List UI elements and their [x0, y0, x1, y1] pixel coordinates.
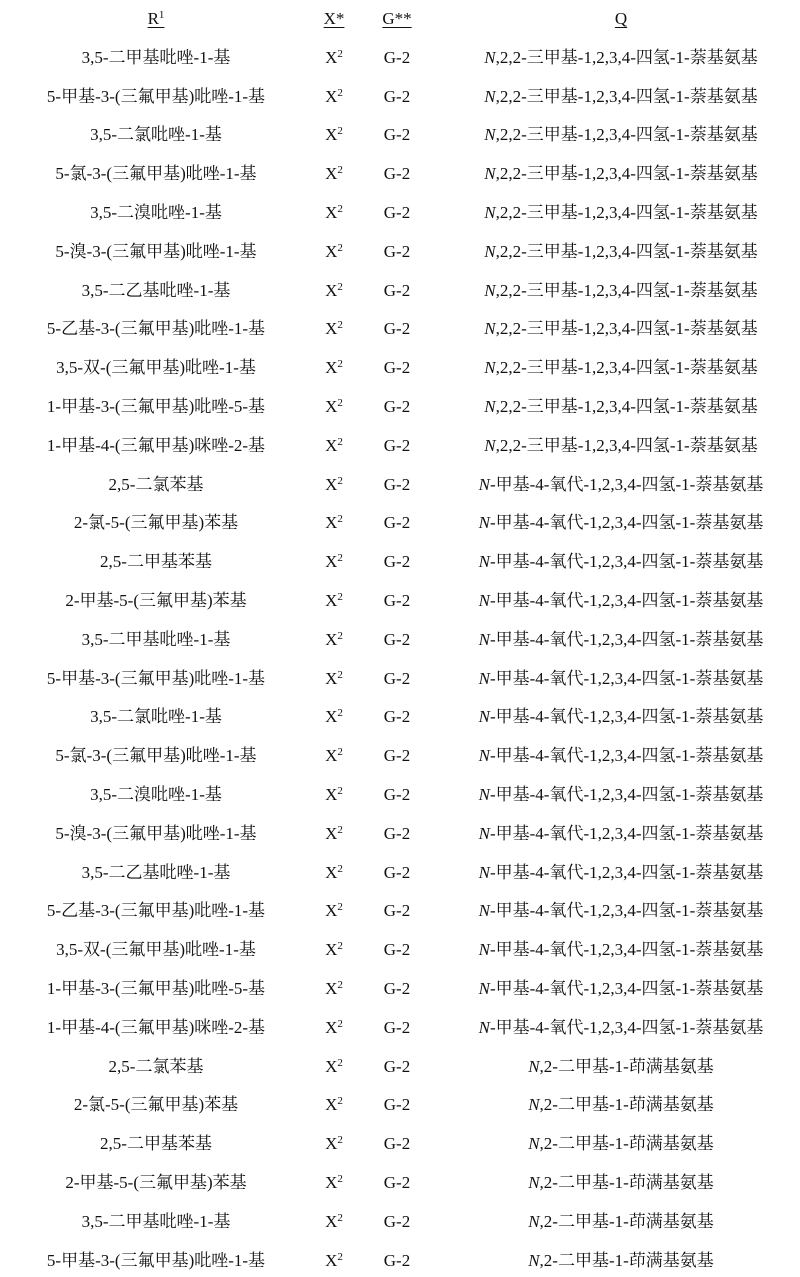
table-row: 3,5-双-(三氟甲基)吡唑-1-基X2G-2N,2,2-三甲基-1,2,3,4…	[0, 349, 800, 388]
cell-q-text: -甲基-4-氧代-1,2,3,4-四氢-1-萘基氨基	[490, 746, 763, 765]
table-row: 5-溴-3-(三氟甲基)吡唑-1-基X2G-2N-甲基-4-氧代-1,2,3,4…	[0, 815, 800, 854]
table-row: 5-甲基-3-(三氟甲基)吡唑-1-基X2G-2N-甲基-4-氧代-1,2,3,…	[0, 660, 800, 699]
table-row: 5-乙基-3-(三氟甲基)吡唑-1-基X2G-2N-甲基-4-氧代-1,2,3,…	[0, 892, 800, 931]
cell-x-superscript: 2	[337, 125, 343, 137]
cell-q-text: ,2,2-三甲基-1,2,3,4-四氢-1-萘基氨基	[496, 397, 758, 416]
cell-q-text: -甲基-4-氧代-1,2,3,4-四氢-1-萘基氨基	[490, 513, 763, 532]
header-r1: R1	[0, 0, 312, 39]
cell-q: N-甲基-4-氧代-1,2,3,4-四氢-1-萘基氨基	[440, 1009, 800, 1048]
cell-x-superscript: 2	[337, 281, 343, 293]
cell-q-text: ,2-二甲基-1-茚满基氨基	[540, 1095, 714, 1114]
cell-r1: 2-甲基-5-(三氟甲基)苯基	[0, 1164, 312, 1203]
cell-g: G-2	[362, 272, 432, 311]
cell-r1: 3,5-二氯吡唑-1-基	[0, 698, 312, 737]
cell-x: X2	[300, 1048, 368, 1087]
cell-x: X2	[300, 155, 368, 194]
cell-q: N,2-二甲基-1-茚满基氨基	[440, 1203, 800, 1242]
cell-q-italic-prefix: N	[484, 164, 495, 183]
cell-q: N,2,2-三甲基-1,2,3,4-四氢-1-萘基氨基	[440, 388, 800, 427]
cell-q: N-甲基-4-氧代-1,2,3,4-四氢-1-萘基氨基	[440, 698, 800, 737]
cell-q: N-甲基-4-氧代-1,2,3,4-四氢-1-萘基氨基	[440, 466, 800, 505]
cell-q-italic-prefix: N	[528, 1251, 539, 1270]
cell-g: G-2	[362, 970, 432, 1009]
cell-r1: 5-溴-3-(三氟甲基)吡唑-1-基	[0, 233, 312, 272]
cell-q-text: -甲基-4-氧代-1,2,3,4-四氢-1-萘基氨基	[490, 824, 763, 843]
cell-x: X2	[300, 310, 368, 349]
cell-g: G-2	[362, 194, 432, 233]
compound-table: R1 X* G** Q 3,5-二甲基吡唑-1-基X2G-2N,2,2-三甲基-…	[0, 0, 800, 1277]
cell-q-text: -甲基-4-氧代-1,2,3,4-四氢-1-萘基氨基	[490, 1018, 763, 1037]
cell-q-italic-prefix: N	[528, 1173, 539, 1192]
cell-r1: 5-甲基-3-(三氟甲基)吡唑-1-基	[0, 78, 312, 117]
table-row: 5-氯-3-(三氟甲基)吡唑-1-基X2G-2N,2,2-三甲基-1,2,3,4…	[0, 155, 800, 194]
table-row: 5-乙基-3-(三氟甲基)吡唑-1-基X2G-2N,2,2-三甲基-1,2,3,…	[0, 310, 800, 349]
cell-q: N,2-二甲基-1-茚满基氨基	[440, 1164, 800, 1203]
cell-q-italic-prefix: N	[484, 203, 495, 222]
cell-r1: 5-甲基-3-(三氟甲基)吡唑-1-基	[0, 660, 312, 699]
cell-q-text: ,2,2-三甲基-1,2,3,4-四氢-1-萘基氨基	[496, 125, 758, 144]
cell-r1: 1-甲基-4-(三氟甲基)咪唑-2-基	[0, 427, 312, 466]
cell-x-superscript: 2	[337, 1173, 343, 1185]
cell-g: G-2	[362, 931, 432, 970]
cell-g: G-2	[362, 776, 432, 815]
cell-q-italic-prefix: N	[479, 630, 490, 649]
cell-q: N,2,2-三甲基-1,2,3,4-四氢-1-萘基氨基	[440, 155, 800, 194]
cell-g: G-2	[362, 1164, 432, 1203]
cell-g: G-2	[362, 310, 432, 349]
cell-q-italic-prefix: N	[479, 746, 490, 765]
cell-x: X2	[300, 466, 368, 505]
cell-q-text: -甲基-4-氧代-1,2,3,4-四氢-1-萘基氨基	[490, 785, 763, 804]
cell-q: N-甲基-4-氧代-1,2,3,4-四氢-1-萘基氨基	[440, 582, 800, 621]
cell-q-text: ,2,2-三甲基-1,2,3,4-四氢-1-萘基氨基	[496, 242, 758, 261]
cell-q-italic-prefix: N	[479, 940, 490, 959]
cell-q-text: ,2,2-三甲基-1,2,3,4-四氢-1-萘基氨基	[496, 164, 758, 183]
cell-g: G-2	[362, 892, 432, 931]
cell-x-superscript: 2	[337, 513, 343, 525]
cell-r1: 2-氯-5-(三氟甲基)苯基	[0, 504, 312, 543]
cell-x-base: X	[325, 746, 337, 765]
cell-x: X2	[300, 504, 368, 543]
table-row: 5-氯-3-(三氟甲基)吡唑-1-基X2G-2N-甲基-4-氧代-1,2,3,4…	[0, 737, 800, 776]
cell-x: X2	[300, 1242, 368, 1277]
cell-q: N,2-二甲基-1-茚满基氨基	[440, 1125, 800, 1164]
cell-q-italic-prefix: N	[479, 707, 490, 726]
cell-x: X2	[300, 39, 368, 78]
cell-q-italic-prefix: N	[479, 475, 490, 494]
cell-g: G-2	[362, 78, 432, 117]
cell-r1: 2-甲基-5-(三氟甲基)苯基	[0, 582, 312, 621]
table-row: 2,5-二甲基苯基X2G-2N-甲基-4-氧代-1,2,3,4-四氢-1-萘基氨…	[0, 543, 800, 582]
cell-q-text: -甲基-4-氧代-1,2,3,4-四氢-1-萘基氨基	[490, 475, 763, 494]
header-g: G**	[362, 0, 432, 39]
cell-q: N,2-二甲基-1-茚满基氨基	[440, 1086, 800, 1125]
cell-q: N,2,2-三甲基-1,2,3,4-四氢-1-萘基氨基	[440, 427, 800, 466]
cell-q-italic-prefix: N	[479, 901, 490, 920]
table-row: 1-甲基-4-(三氟甲基)咪唑-2-基X2G-2N-甲基-4-氧代-1,2,3,…	[0, 1009, 800, 1048]
cell-r1: 2-氯-5-(三氟甲基)苯基	[0, 1086, 312, 1125]
table-row: 2,5-二氯苯基X2G-2N-甲基-4-氧代-1,2,3,4-四氢-1-萘基氨基	[0, 466, 800, 505]
cell-q: N-甲基-4-氧代-1,2,3,4-四氢-1-萘基氨基	[440, 621, 800, 660]
cell-g: G-2	[362, 427, 432, 466]
cell-g: G-2	[362, 155, 432, 194]
cell-x-superscript: 2	[337, 1212, 343, 1224]
cell-x-superscript: 2	[337, 242, 343, 254]
cell-q-italic-prefix: N	[479, 552, 490, 571]
cell-x-superscript: 2	[337, 358, 343, 370]
cell-x-superscript: 2	[337, 901, 343, 913]
cell-q-italic-prefix: N	[484, 319, 495, 338]
cell-x: X2	[300, 660, 368, 699]
cell-q-text: -甲基-4-氧代-1,2,3,4-四氢-1-萘基氨基	[490, 863, 763, 882]
cell-x-base: X	[325, 1212, 337, 1231]
cell-x-base: X	[325, 358, 337, 377]
table-row: 3,5-二溴吡唑-1-基X2G-2N-甲基-4-氧代-1,2,3,4-四氢-1-…	[0, 776, 800, 815]
cell-g: G-2	[362, 466, 432, 505]
cell-x-superscript: 2	[337, 979, 343, 991]
cell-q-italic-prefix: N	[484, 436, 495, 455]
cell-x-base: X	[325, 785, 337, 804]
cell-x: X2	[300, 388, 368, 427]
cell-x: X2	[300, 621, 368, 660]
cell-x: X2	[300, 1009, 368, 1048]
cell-r1: 5-乙基-3-(三氟甲基)吡唑-1-基	[0, 892, 312, 931]
cell-q-italic-prefix: N	[479, 979, 490, 998]
cell-x-superscript: 2	[337, 319, 343, 331]
cell-g: G-2	[362, 1086, 432, 1125]
header-x: X*	[300, 0, 368, 39]
table-row: 5-甲基-3-(三氟甲基)吡唑-1-基X2G-2N,2,2-三甲基-1,2,3,…	[0, 78, 800, 117]
cell-g: G-2	[362, 660, 432, 699]
cell-r1: 3,5-二乙基吡唑-1-基	[0, 854, 312, 893]
cell-r1: 3,5-双-(三氟甲基)吡唑-1-基	[0, 349, 312, 388]
cell-g: G-2	[362, 1125, 432, 1164]
cell-r1: 2,5-二氯苯基	[0, 466, 312, 505]
cell-q: N-甲基-4-氧代-1,2,3,4-四氢-1-萘基氨基	[440, 504, 800, 543]
cell-q-italic-prefix: N	[528, 1057, 539, 1076]
cell-x-superscript: 2	[337, 591, 343, 603]
cell-x-superscript: 2	[337, 863, 343, 875]
cell-q: N,2-二甲基-1-茚满基氨基	[440, 1048, 800, 1087]
cell-x: X2	[300, 1125, 368, 1164]
cell-g: G-2	[362, 1203, 432, 1242]
cell-r1: 5-氯-3-(三氟甲基)吡唑-1-基	[0, 155, 312, 194]
cell-q: N-甲基-4-氧代-1,2,3,4-四氢-1-萘基氨基	[440, 660, 800, 699]
cell-q: N,2,2-三甲基-1,2,3,4-四氢-1-萘基氨基	[440, 310, 800, 349]
cell-x: X2	[300, 116, 368, 155]
cell-q: N-甲基-4-氧代-1,2,3,4-四氢-1-萘基氨基	[440, 854, 800, 893]
cell-x: X2	[300, 543, 368, 582]
cell-q: N,2,2-三甲基-1,2,3,4-四氢-1-萘基氨基	[440, 116, 800, 155]
cell-q-text: -甲基-4-氧代-1,2,3,4-四氢-1-萘基氨基	[490, 552, 763, 571]
cell-x-superscript: 2	[337, 669, 343, 681]
cell-q: N,2,2-三甲基-1,2,3,4-四氢-1-萘基氨基	[440, 272, 800, 311]
header-r1-superscript: 1	[159, 9, 165, 21]
cell-g: G-2	[362, 233, 432, 272]
table-row: 3,5-二氯吡唑-1-基X2G-2N,2,2-三甲基-1,2,3,4-四氢-1-…	[0, 116, 800, 155]
cell-g: G-2	[362, 1048, 432, 1087]
cell-x-base: X	[325, 164, 337, 183]
cell-x-base: X	[325, 824, 337, 843]
cell-x-base: X	[325, 1173, 337, 1192]
cell-q-italic-prefix: N	[528, 1212, 539, 1231]
cell-g: G-2	[362, 698, 432, 737]
cell-r1: 3,5-二甲基吡唑-1-基	[0, 1203, 312, 1242]
cell-x-superscript: 2	[337, 48, 343, 60]
cell-q-italic-prefix: N	[484, 281, 495, 300]
cell-x-superscript: 2	[337, 707, 343, 719]
cell-r1: 5-溴-3-(三氟甲基)吡唑-1-基	[0, 815, 312, 854]
cell-q: N-甲基-4-氧代-1,2,3,4-四氢-1-萘基氨基	[440, 815, 800, 854]
cell-x-base: X	[325, 319, 337, 338]
cell-q-italic-prefix: N	[479, 785, 490, 804]
cell-x-superscript: 2	[337, 475, 343, 487]
table-row: 3,5-双-(三氟甲基)吡唑-1-基X2G-2N-甲基-4-氧代-1,2,3,4…	[0, 931, 800, 970]
cell-q-text: ,2,2-三甲基-1,2,3,4-四氢-1-萘基氨基	[496, 87, 758, 106]
cell-q: N,2,2-三甲基-1,2,3,4-四氢-1-萘基氨基	[440, 78, 800, 117]
cell-x-superscript: 2	[337, 940, 343, 952]
table-row: 2,5-二氯苯基X2G-2N,2-二甲基-1-茚满基氨基	[0, 1048, 800, 1087]
cell-x-base: X	[325, 979, 337, 998]
cell-g: G-2	[362, 737, 432, 776]
cell-r1: 1-甲基-3-(三氟甲基)吡唑-5-基	[0, 388, 312, 427]
table-row: 2,5-二甲基苯基X2G-2N,2-二甲基-1-茚满基氨基	[0, 1125, 800, 1164]
cell-q-italic-prefix: N	[484, 87, 495, 106]
cell-x-base: X	[325, 591, 337, 610]
table-row: 1-甲基-3-(三氟甲基)吡唑-5-基X2G-2N-甲基-4-氧代-1,2,3,…	[0, 970, 800, 1009]
cell-q: N,2-二甲基-1-茚满基氨基	[440, 1242, 800, 1277]
table-row: 2-甲基-5-(三氟甲基)苯基X2G-2N-甲基-4-氧代-1,2,3,4-四氢…	[0, 582, 800, 621]
cell-g: G-2	[362, 504, 432, 543]
cell-x: X2	[300, 427, 368, 466]
cell-x-superscript: 2	[337, 1134, 343, 1146]
cell-r1: 5-甲基-3-(三氟甲基)吡唑-1-基	[0, 1242, 312, 1277]
cell-x: X2	[300, 582, 368, 621]
table-row: 5-溴-3-(三氟甲基)吡唑-1-基X2G-2N,2,2-三甲基-1,2,3,4…	[0, 233, 800, 272]
cell-g: G-2	[362, 1242, 432, 1277]
table-row: 1-甲基-4-(三氟甲基)咪唑-2-基X2G-2N,2,2-三甲基-1,2,3,…	[0, 427, 800, 466]
cell-x-base: X	[325, 397, 337, 416]
cell-q: N,2,2-三甲基-1,2,3,4-四氢-1-萘基氨基	[440, 39, 800, 78]
cell-x-base: X	[325, 1057, 337, 1076]
cell-g: G-2	[362, 388, 432, 427]
cell-x-base: X	[325, 1251, 337, 1270]
table-row: 3,5-二乙基吡唑-1-基X2G-2N,2,2-三甲基-1,2,3,4-四氢-1…	[0, 272, 800, 311]
cell-x: X2	[300, 1164, 368, 1203]
cell-x: X2	[300, 233, 368, 272]
cell-x-base: X	[325, 436, 337, 455]
cell-r1: 1-甲基-4-(三氟甲基)咪唑-2-基	[0, 1009, 312, 1048]
table-row: 3,5-二氯吡唑-1-基X2G-2N-甲基-4-氧代-1,2,3,4-四氢-1-…	[0, 698, 800, 737]
table-row: 2-氯-5-(三氟甲基)苯基X2G-2N,2-二甲基-1-茚满基氨基	[0, 1086, 800, 1125]
cell-x: X2	[300, 1203, 368, 1242]
cell-x-base: X	[325, 707, 337, 726]
cell-x: X2	[300, 815, 368, 854]
cell-q-italic-prefix: N	[484, 242, 495, 261]
cell-x-base: X	[325, 281, 337, 300]
cell-x: X2	[300, 931, 368, 970]
cell-q-italic-prefix: N	[479, 863, 490, 882]
cell-x: X2	[300, 970, 368, 1009]
cell-q-italic-prefix: N	[479, 513, 490, 532]
cell-q-text: ,2,2-三甲基-1,2,3,4-四氢-1-萘基氨基	[496, 319, 758, 338]
cell-q-text: -甲基-4-氧代-1,2,3,4-四氢-1-萘基氨基	[490, 979, 763, 998]
cell-q-italic-prefix: N	[479, 669, 490, 688]
table-row: 3,5-二甲基吡唑-1-基X2G-2N,2,2-三甲基-1,2,3,4-四氢-1…	[0, 39, 800, 78]
cell-q-italic-prefix: N	[528, 1095, 539, 1114]
cell-q-text: ,2,2-三甲基-1,2,3,4-四氢-1-萘基氨基	[496, 281, 758, 300]
cell-x-superscript: 2	[337, 1018, 343, 1030]
cell-x-base: X	[325, 475, 337, 494]
table-row: 3,5-二甲基吡唑-1-基X2G-2N-甲基-4-氧代-1,2,3,4-四氢-1…	[0, 621, 800, 660]
cell-q-text: -甲基-4-氧代-1,2,3,4-四氢-1-萘基氨基	[490, 707, 763, 726]
cell-g: G-2	[362, 116, 432, 155]
cell-r1: 5-氯-3-(三氟甲基)吡唑-1-基	[0, 737, 312, 776]
cell-g: G-2	[362, 39, 432, 78]
cell-q: N-甲基-4-氧代-1,2,3,4-四氢-1-萘基氨基	[440, 776, 800, 815]
cell-x-superscript: 2	[337, 397, 343, 409]
cell-x-base: X	[325, 203, 337, 222]
cell-r1: 3,5-二溴吡唑-1-基	[0, 776, 312, 815]
cell-q-text: ,2-二甲基-1-茚满基氨基	[540, 1212, 714, 1231]
cell-q-text: ,2,2-三甲基-1,2,3,4-四氢-1-萘基氨基	[496, 358, 758, 377]
cell-x-base: X	[325, 1095, 337, 1114]
cell-x-base: X	[325, 125, 337, 144]
table-row: 5-甲基-3-(三氟甲基)吡唑-1-基X2G-2N,2-二甲基-1-茚满基氨基	[0, 1242, 800, 1277]
cell-x-base: X	[325, 669, 337, 688]
cell-r1: 3,5-二甲基吡唑-1-基	[0, 621, 312, 660]
cell-q: N,2,2-三甲基-1,2,3,4-四氢-1-萘基氨基	[440, 194, 800, 233]
cell-q-italic-prefix: N	[479, 1018, 490, 1037]
cell-x: X2	[300, 737, 368, 776]
cell-r1: 2,5-二甲基苯基	[0, 1125, 312, 1164]
cell-q-text: ,2,2-三甲基-1,2,3,4-四氢-1-萘基氨基	[496, 203, 758, 222]
table-body: 3,5-二甲基吡唑-1-基X2G-2N,2,2-三甲基-1,2,3,4-四氢-1…	[0, 39, 800, 1277]
cell-r1: 3,5-二氯吡唑-1-基	[0, 116, 312, 155]
cell-g: G-2	[362, 582, 432, 621]
cell-x-superscript: 2	[337, 824, 343, 836]
cell-x-base: X	[325, 552, 337, 571]
cell-q-italic-prefix: N	[484, 48, 495, 67]
cell-r1: 3,5-二溴吡唑-1-基	[0, 194, 312, 233]
cell-g: G-2	[362, 349, 432, 388]
table-row: 2-甲基-5-(三氟甲基)苯基X2G-2N,2-二甲基-1-茚满基氨基	[0, 1164, 800, 1203]
cell-q-italic-prefix: N	[479, 824, 490, 843]
cell-q: N,2,2-三甲基-1,2,3,4-四氢-1-萘基氨基	[440, 349, 800, 388]
cell-q-text: -甲基-4-氧代-1,2,3,4-四氢-1-萘基氨基	[490, 901, 763, 920]
table-row: 3,5-二溴吡唑-1-基X2G-2N,2,2-三甲基-1,2,3,4-四氢-1-…	[0, 194, 800, 233]
cell-q-text: ,2-二甲基-1-茚满基氨基	[540, 1251, 714, 1270]
header-q: Q	[440, 0, 800, 39]
cell-r1: 3,5-双-(三氟甲基)吡唑-1-基	[0, 931, 312, 970]
table-row: 1-甲基-3-(三氟甲基)吡唑-5-基X2G-2N,2,2-三甲基-1,2,3,…	[0, 388, 800, 427]
cell-q-text: -甲基-4-氧代-1,2,3,4-四氢-1-萘基氨基	[490, 669, 763, 688]
cell-r1: 5-乙基-3-(三氟甲基)吡唑-1-基	[0, 310, 312, 349]
cell-g: G-2	[362, 621, 432, 660]
cell-x-base: X	[325, 87, 337, 106]
cell-q-text: -甲基-4-氧代-1,2,3,4-四氢-1-萘基氨基	[490, 591, 763, 610]
cell-r1: 2,5-二甲基苯基	[0, 543, 312, 582]
cell-q-text: ,2,2-三甲基-1,2,3,4-四氢-1-萘基氨基	[496, 436, 758, 455]
cell-r1: 3,5-二乙基吡唑-1-基	[0, 272, 312, 311]
cell-x: X2	[300, 349, 368, 388]
cell-q-italic-prefix: N	[484, 125, 495, 144]
cell-x-superscript: 2	[337, 552, 343, 564]
cell-x-superscript: 2	[337, 746, 343, 758]
header-r1-label: R	[148, 9, 159, 28]
cell-x: X2	[300, 78, 368, 117]
cell-x-superscript: 2	[337, 203, 343, 215]
cell-x: X2	[300, 698, 368, 737]
cell-g: G-2	[362, 543, 432, 582]
cell-q-text: ,2-二甲基-1-茚满基氨基	[540, 1173, 714, 1192]
cell-x-base: X	[325, 513, 337, 532]
cell-x-superscript: 2	[337, 1095, 343, 1107]
cell-x-superscript: 2	[337, 436, 343, 448]
cell-q-italic-prefix: N	[528, 1134, 539, 1153]
cell-x-base: X	[325, 1134, 337, 1153]
table-header-row: R1 X* G** Q	[0, 0, 800, 39]
cell-x: X2	[300, 194, 368, 233]
cell-q: N-甲基-4-氧代-1,2,3,4-四氢-1-萘基氨基	[440, 737, 800, 776]
cell-x: X2	[300, 776, 368, 815]
table-row: 2-氯-5-(三氟甲基)苯基X2G-2N-甲基-4-氧代-1,2,3,4-四氢-…	[0, 504, 800, 543]
table-row: 3,5-二甲基吡唑-1-基X2G-2N,2-二甲基-1-茚满基氨基	[0, 1203, 800, 1242]
cell-r1: 3,5-二甲基吡唑-1-基	[0, 39, 312, 78]
cell-x-base: X	[325, 901, 337, 920]
cell-q-text: ,2-二甲基-1-茚满基氨基	[540, 1134, 714, 1153]
cell-x: X2	[300, 892, 368, 931]
cell-x: X2	[300, 272, 368, 311]
cell-x-base: X	[325, 48, 337, 67]
cell-q-text: ,2,2-三甲基-1,2,3,4-四氢-1-萘基氨基	[496, 48, 758, 67]
cell-x-base: X	[325, 630, 337, 649]
cell-r1: 2,5-二氯苯基	[0, 1048, 312, 1087]
cell-q: N-甲基-4-氧代-1,2,3,4-四氢-1-萘基氨基	[440, 970, 800, 1009]
cell-x: X2	[300, 1086, 368, 1125]
cell-g: G-2	[362, 854, 432, 893]
cell-q: N,2,2-三甲基-1,2,3,4-四氢-1-萘基氨基	[440, 233, 800, 272]
cell-x: X2	[300, 854, 368, 893]
cell-g: G-2	[362, 815, 432, 854]
cell-x-superscript: 2	[337, 164, 343, 176]
cell-q-text: -甲基-4-氧代-1,2,3,4-四氢-1-萘基氨基	[490, 630, 763, 649]
cell-r1: 1-甲基-3-(三氟甲基)吡唑-5-基	[0, 970, 312, 1009]
cell-x-base: X	[325, 863, 337, 882]
cell-x-superscript: 2	[337, 87, 343, 99]
cell-q-italic-prefix: N	[484, 397, 495, 416]
cell-q-italic-prefix: N	[479, 591, 490, 610]
table-row: 3,5-二乙基吡唑-1-基X2G-2N-甲基-4-氧代-1,2,3,4-四氢-1…	[0, 854, 800, 893]
cell-q: N-甲基-4-氧代-1,2,3,4-四氢-1-萘基氨基	[440, 543, 800, 582]
cell-x-base: X	[325, 242, 337, 261]
cell-x-base: X	[325, 940, 337, 959]
cell-q-italic-prefix: N	[484, 358, 495, 377]
cell-q-text: ,2-二甲基-1-茚满基氨基	[540, 1057, 714, 1076]
cell-x-base: X	[325, 1018, 337, 1037]
cell-x-superscript: 2	[337, 785, 343, 797]
cell-q: N-甲基-4-氧代-1,2,3,4-四氢-1-萘基氨基	[440, 892, 800, 931]
cell-x-superscript: 2	[337, 1251, 343, 1263]
cell-x-superscript: 2	[337, 1057, 343, 1069]
cell-q-text: -甲基-4-氧代-1,2,3,4-四氢-1-萘基氨基	[490, 940, 763, 959]
cell-g: G-2	[362, 1009, 432, 1048]
cell-q: N-甲基-4-氧代-1,2,3,4-四氢-1-萘基氨基	[440, 931, 800, 970]
cell-x-superscript: 2	[337, 630, 343, 642]
